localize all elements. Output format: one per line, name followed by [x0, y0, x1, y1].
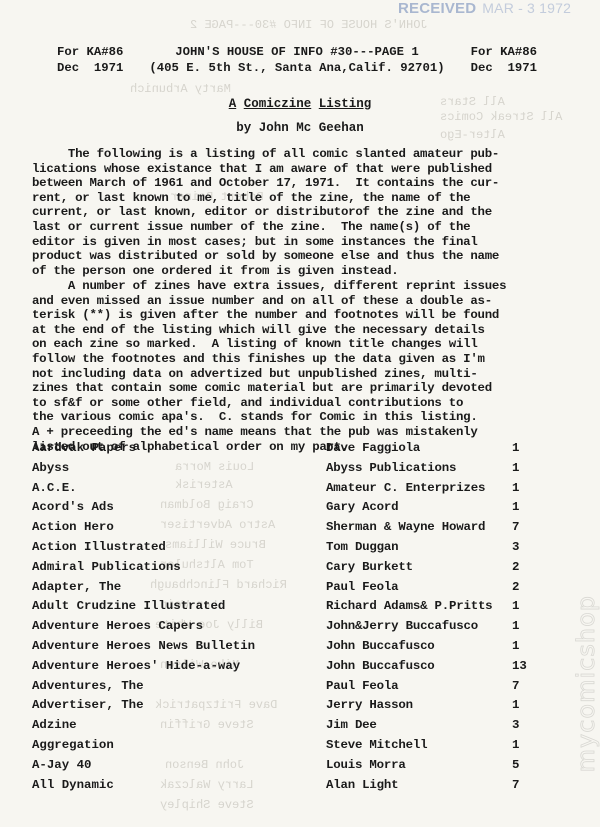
zine-issue-number: 7 [512, 679, 519, 693]
zine-title: Aggregation [32, 738, 114, 752]
zine-issue-number: 7 [512, 778, 519, 792]
zine-issue-number: 3 [512, 718, 519, 732]
zine-title: A-Jay 40 [32, 758, 92, 772]
intro-paragraph: The following is a listing of all comic … [32, 147, 572, 278]
listing-row: AggregationSteve Mitchell1 [0, 738, 600, 756]
paragraph-line: A number of zines have extra issues, dif… [32, 279, 572, 294]
zine-issue-number: 1 [512, 698, 519, 712]
zine-editor: Alan Light [326, 778, 398, 792]
zine-title: Adventure Heroes' Hide-a-way [32, 659, 240, 673]
paragraph-line: A + preceeding the ed's name means that … [32, 425, 572, 440]
zine-issue-number: 1 [512, 441, 519, 455]
zine-editor: Sherman & Wayne Howard [326, 520, 485, 534]
paragraph-line: editor is given in most cases; but in so… [32, 235, 572, 250]
listing-row: Adult Crudzine IllustratedRichard Adams&… [0, 599, 600, 617]
paragraph-line: lications whose existance that I am awar… [32, 162, 572, 177]
zine-editor: Jim Dee [326, 718, 377, 732]
zine-editor: Abyss Publications [326, 461, 456, 475]
title-word: A [229, 97, 237, 111]
article-byline: by John Mc Geehan [0, 121, 600, 135]
zine-title: Adzine [32, 718, 77, 732]
header-title: JOHN'S HOUSE OF INFO #30---PAGE 1 [175, 45, 419, 59]
zine-title: Adventures, The [32, 679, 144, 693]
zine-editor: John Buccafusco [326, 659, 435, 673]
header-address: (405 E. 5th St., Santa Ana,Calif. 92701) [149, 61, 444, 75]
zine-editor: Dave Faggiola [326, 441, 420, 455]
paragraph-line: rent, or last known to me, title of the … [32, 191, 572, 206]
zine-issue-number: 2 [512, 580, 519, 594]
zine-editor: Amateur C. Enterprizes [326, 481, 485, 495]
zine-editor: John&Jerry Buccafusco [326, 619, 478, 633]
listing-row: Advertiser, TheJerry Hasson1 [0, 698, 600, 716]
zine-title: All Dynamic [32, 778, 114, 792]
listing-row: Acord's AdsGary Acord1 [0, 500, 600, 518]
listing-row: Adventure Heroes CapersJohn&Jerry Buccaf… [0, 619, 600, 637]
listing-row: A.C.E.Amateur C. Enterprizes1 [0, 481, 600, 499]
zine-editor: Gary Acord [326, 500, 398, 514]
paragraph-line: at the end of the listing which will giv… [32, 323, 572, 338]
zine-issue-number: 1 [512, 738, 519, 752]
zine-issue-number: 1 [512, 500, 519, 514]
zine-issue-number: 1 [512, 481, 519, 495]
zine-title: Action Illustrated [32, 540, 166, 554]
listing-row: Adventure Heroes' Hide-a-wayJohn Buccafu… [0, 659, 600, 677]
zine-title: Action Hero [32, 520, 114, 534]
zine-title: Adventure Heroes Capers [32, 619, 203, 633]
listing-row: All DynamicAlan Light7 [0, 778, 600, 796]
zine-issue-number: 1 [512, 619, 519, 633]
zine-editor: Tom Duggan [326, 540, 398, 554]
zine-title: Admiral Publications [32, 560, 181, 574]
header-date-left: Dec 1971 [57, 61, 123, 75]
paragraph-line: to sf&f or some other field, and individ… [32, 396, 572, 411]
article-title: A Comiczine Listing [0, 97, 600, 111]
listing-row: Adventures, ThePaul Feola7 [0, 679, 600, 697]
paragraph-line: follow the footnotes and this finishes u… [32, 352, 572, 367]
paragraph-line: not including data on advertized but unp… [32, 367, 572, 382]
zine-title: Adventure Heroes News Bulletin [32, 639, 255, 653]
paragraph-line: zines that contain some comic material b… [32, 381, 572, 396]
paragraph-line: on each zine so marked. A listing of kno… [32, 337, 572, 352]
header-right: For KA#86 [471, 45, 537, 59]
listing-row: Adventure Heroes News BulletinJohn Bucca… [0, 639, 600, 657]
zine-editor: Richard Adams& P.Pritts [326, 599, 492, 613]
received-stamp: RECEIVEDMAR - 3 1972 [398, 0, 571, 17]
zine-editor: Paul Feola [326, 679, 398, 693]
title-word: Comiczine [244, 97, 312, 111]
stamp-date: MAR - 3 1972 [482, 0, 571, 16]
zine-title: Aardvak Papers [32, 441, 136, 455]
paragraph-line: of the person one ordered it from is giv… [32, 264, 572, 279]
zine-title: A.C.E. [32, 481, 77, 495]
zine-issue-number: 7 [512, 520, 519, 534]
zine-editor: Louis Morra [326, 758, 406, 772]
zine-issue-number: 3 [512, 540, 519, 554]
stamp-label: RECEIVED [398, 0, 476, 17]
zine-editor: Paul Feola [326, 580, 398, 594]
zine-title: Adapter, The [32, 580, 121, 594]
paragraph-line: and even missed an issue number and on a… [32, 294, 572, 309]
listing-row: Adapter, ThePaul Feola2 [0, 580, 600, 598]
listing-row: AdzineJim Dee3 [0, 718, 600, 736]
paragraph-line: last or current issue number of the zine… [32, 220, 572, 235]
listing-row: Aardvak PapersDave Faggiola1 [0, 441, 600, 459]
zine-issue-number: 2 [512, 560, 519, 574]
zine-title: Abyss [32, 461, 69, 475]
zine-title: Adult Crudzine Illustrated [32, 599, 225, 613]
header-left: For KA#86 [57, 45, 123, 59]
zine-editor: Cary Burkett [326, 560, 413, 574]
title-word: Listing [319, 97, 372, 111]
zine-issue-number: 13 [512, 659, 527, 673]
paragraph-line: current, or last known, editor or distri… [32, 205, 572, 220]
paragraph-line: between March of 1961 and October 17, 19… [32, 176, 572, 191]
paragraph-line: product was distributed or sold by someo… [32, 249, 572, 264]
listing-row: Action IllustratedTom Duggan3 [0, 540, 600, 558]
page-header-line-2: Dec 1971 (405 E. 5th St., Santa Ana,Cali… [57, 61, 537, 75]
zine-title: Advertiser, The [32, 698, 144, 712]
zine-editor: Jerry Hasson [326, 698, 413, 712]
paragraph-line: terisk (**) is given after the number an… [32, 308, 572, 323]
zine-editor: John Buccafusco [326, 639, 435, 653]
zine-issue-number: 1 [512, 639, 519, 653]
listing-row: Admiral PublicationsCary Burkett2 [0, 560, 600, 578]
listing-row: AbyssAbyss Publications1 [0, 461, 600, 479]
zine-title: Acord's Ads [32, 500, 114, 514]
zine-issue-number: 1 [512, 461, 519, 475]
watermark: mycomicshop [572, 595, 600, 772]
paragraph-line: the various comic apa's. C. stands for C… [32, 410, 572, 425]
paragraph-line: The following is a listing of all comic … [32, 147, 572, 162]
listing-row: A-Jay 40Louis Morra5 [0, 758, 600, 776]
header-date-right: Dec 1971 [471, 61, 537, 75]
notes-paragraph: A number of zines have extra issues, dif… [32, 279, 572, 454]
zine-issue-number: 1 [512, 599, 519, 613]
zine-editor: Steve Mitchell [326, 738, 427, 752]
zine-issue-number: 5 [512, 758, 519, 772]
page-header-line-1: For KA#86 JOHN'S HOUSE OF INFO #30---PAG… [57, 45, 537, 59]
listing-row: Action HeroSherman & Wayne Howard7 [0, 520, 600, 538]
